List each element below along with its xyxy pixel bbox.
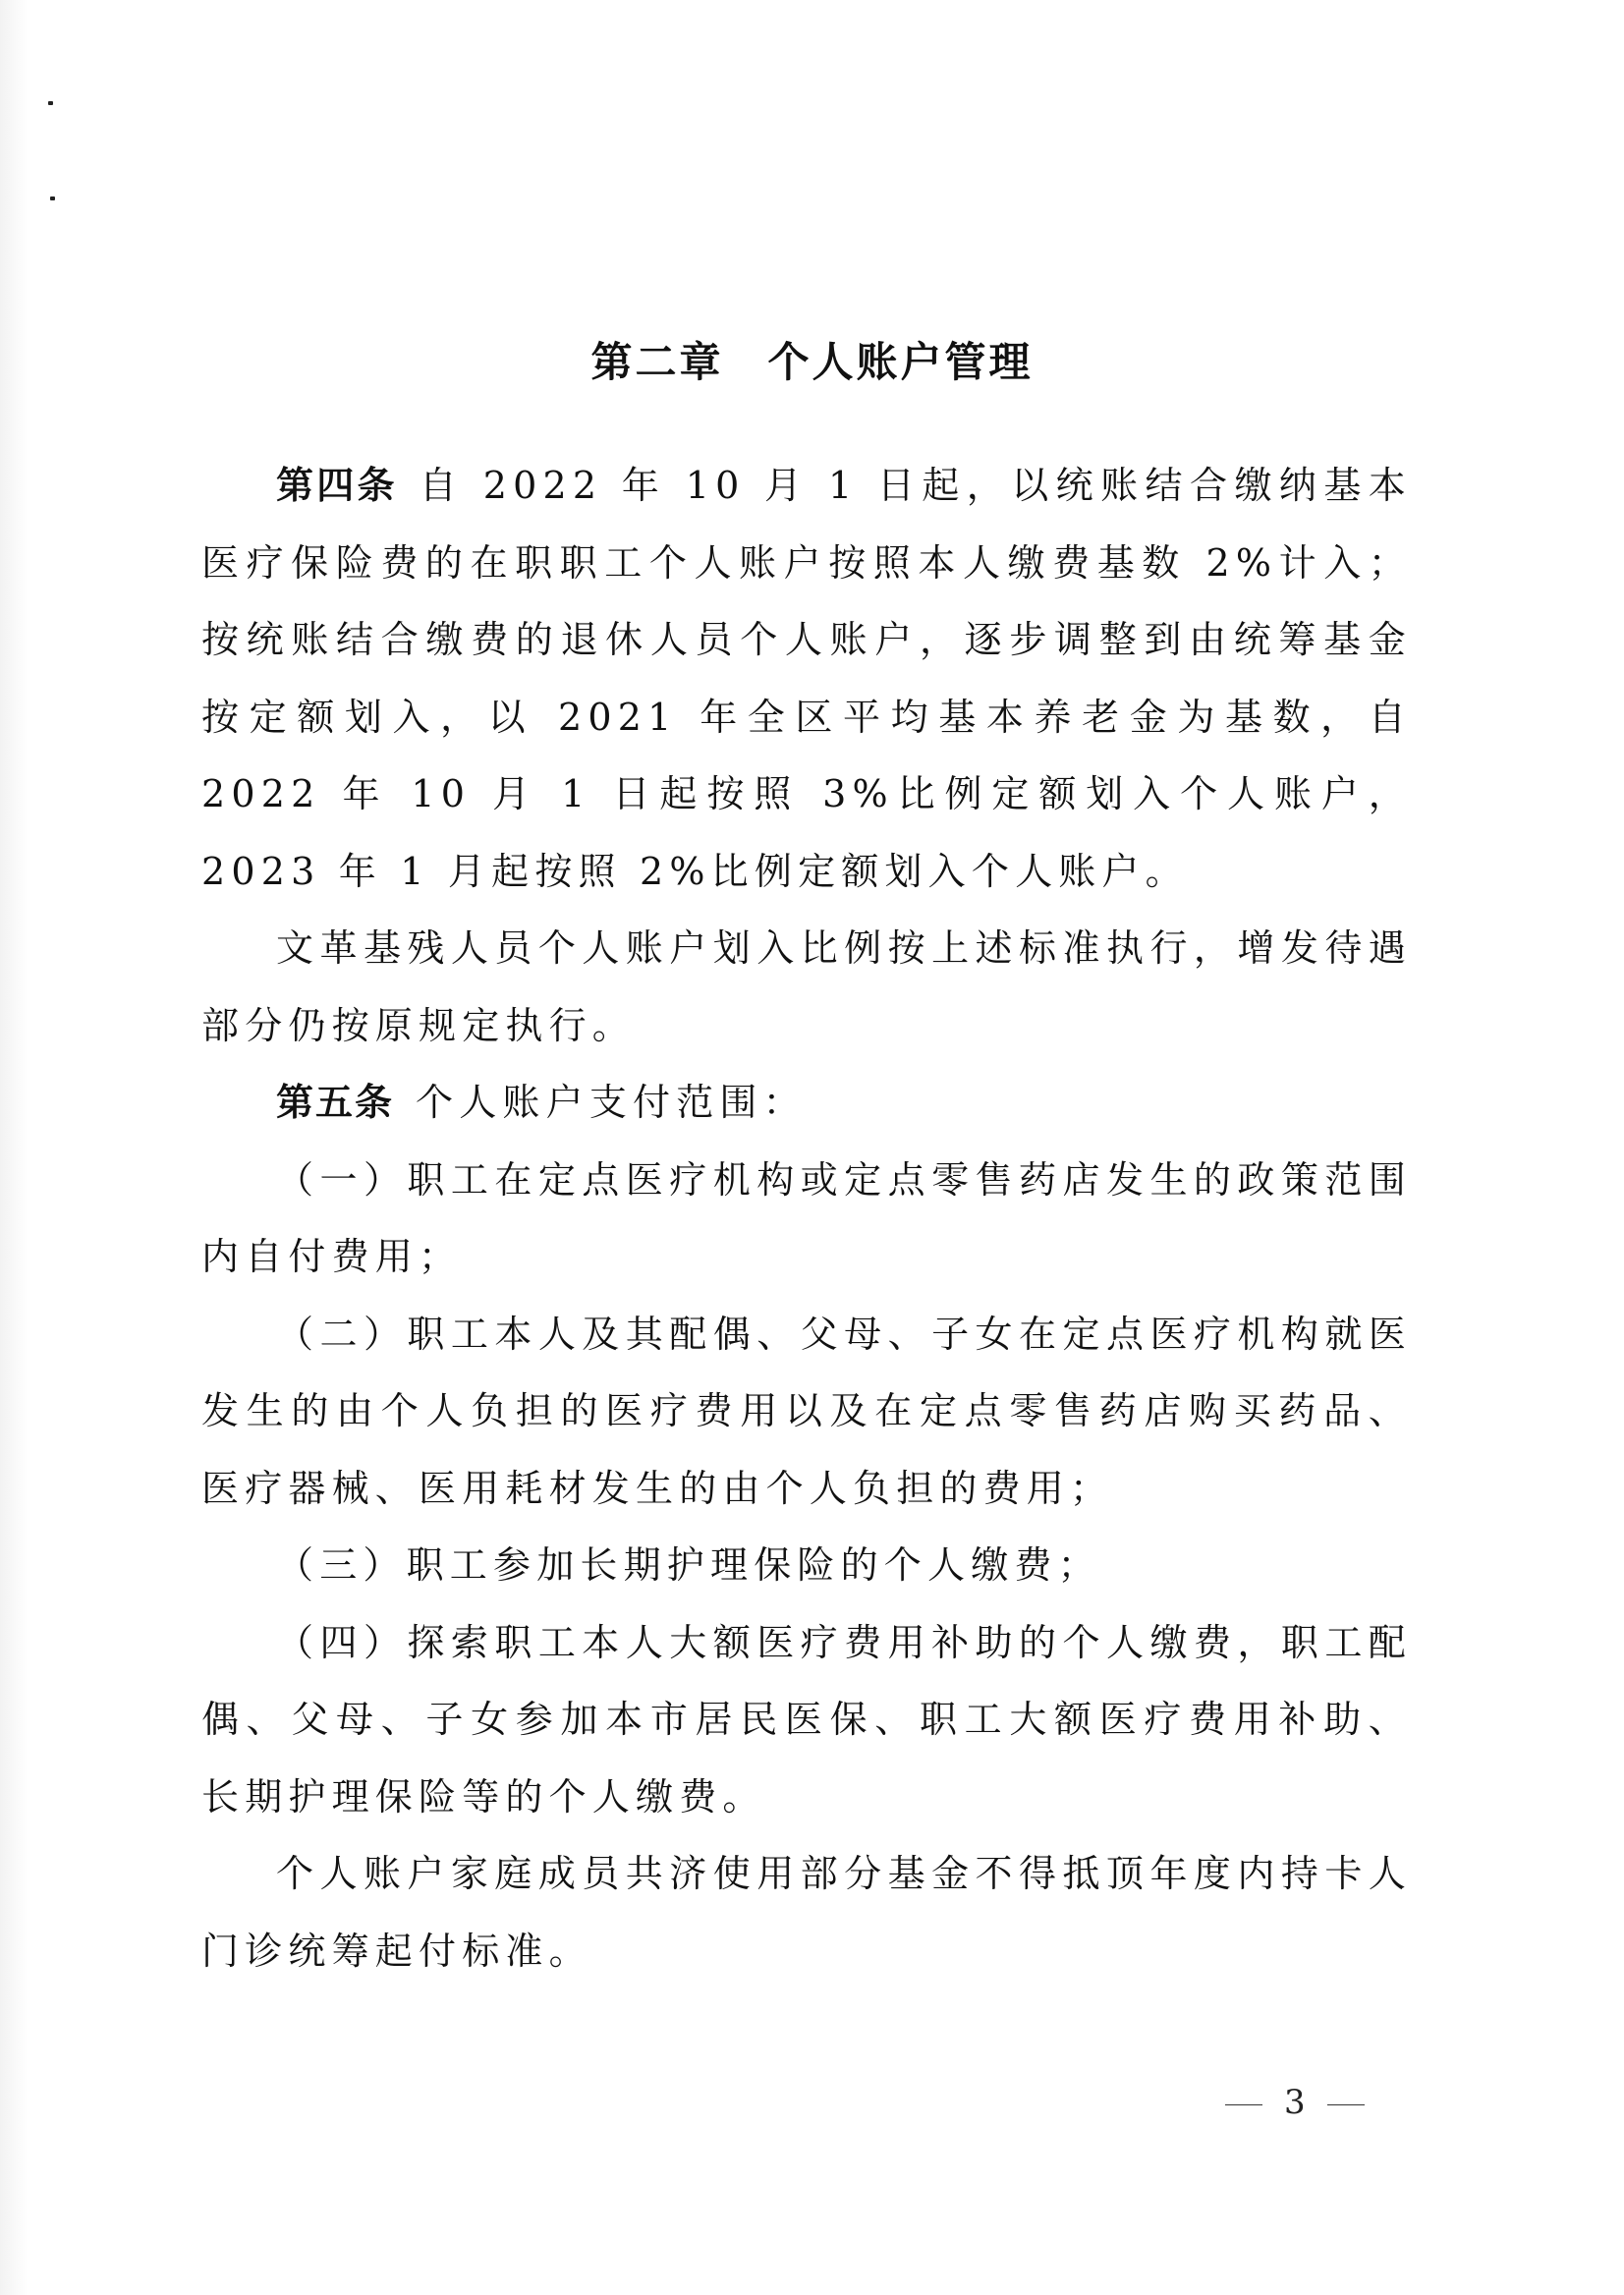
paragraph: 个人账户家庭成员共济使用部分基金不得抵顶年度内持卡人门诊统筹起付标准。 <box>201 1835 1412 1989</box>
dash-right <box>1327 2104 1365 2105</box>
document-body: 第四条自 2022 年 10 月 1 日起，以统账结合缴纳基本医疗保险费的在职职… <box>201 447 1412 1989</box>
paragraph-text: （二）职工本人及其配偶、父母、子女在定点医疗机构就医发生的由个人负担的医疗费用以… <box>201 1313 1412 1510</box>
paragraph-text: （一）职工在定点医疗机构或定点零售药店发生的政策范围内自付费用； <box>201 1158 1412 1279</box>
paragraph-text: 个人账户支付范围： <box>416 1081 807 1124</box>
article-lead: 第五条 <box>276 1081 394 1124</box>
paragraph-text: （四）探索职工本人大额医疗费用补助的个人缴费，职工配偶、父母、子女参加本市居民医… <box>201 1621 1412 1819</box>
article-5-paragraph: 第五条个人账户支付范围： <box>201 1064 1412 1142</box>
chapter-title: 第二章 个人账户管理 <box>0 330 1624 389</box>
paragraph: 文革基残人员个人账户划入比例按上述标准执行，增发待遇部分仍按原规定执行。 <box>201 910 1412 1064</box>
binding-mark <box>50 196 55 200</box>
page-number: 3 <box>1204 2083 1386 2122</box>
paragraph-text: （三）职工参加长期护理保险的个人缴费； <box>276 1543 1101 1587</box>
paragraph-text: 自 2022 年 10 月 1 日起，以统账结合缴纳基本医疗保险费的在职职工个人… <box>201 464 1412 893</box>
list-item: （三）职工参加长期护理保险的个人缴费； <box>201 1527 1412 1604</box>
list-item: （四）探索职工本人大额医疗费用补助的个人缴费，职工配偶、父母、子女参加本市居民医… <box>201 1604 1412 1836</box>
page-number-value: 3 <box>1284 2083 1306 2122</box>
list-item: （一）职工在定点医疗机构或定点零售药店发生的政策范围内自付费用； <box>201 1142 1412 1296</box>
article-4-paragraph: 第四条自 2022 年 10 月 1 日起，以统账结合缴纳基本医疗保险费的在职职… <box>201 447 1412 910</box>
list-item: （二）职工本人及其配偶、父母、子女在定点医疗机构就医发生的由个人负担的医疗费用以… <box>201 1296 1412 1528</box>
article-lead: 第四条 <box>276 464 398 507</box>
paragraph-text: 个人账户家庭成员共济使用部分基金不得抵顶年度内持卡人门诊统筹起付标准。 <box>201 1852 1412 1973</box>
dash-left <box>1225 2104 1262 2105</box>
paragraph-text: 文革基残人员个人账户划入比例按上述标准执行，增发待遇部分仍按原规定执行。 <box>201 926 1412 1047</box>
binding-mark <box>48 101 53 105</box>
